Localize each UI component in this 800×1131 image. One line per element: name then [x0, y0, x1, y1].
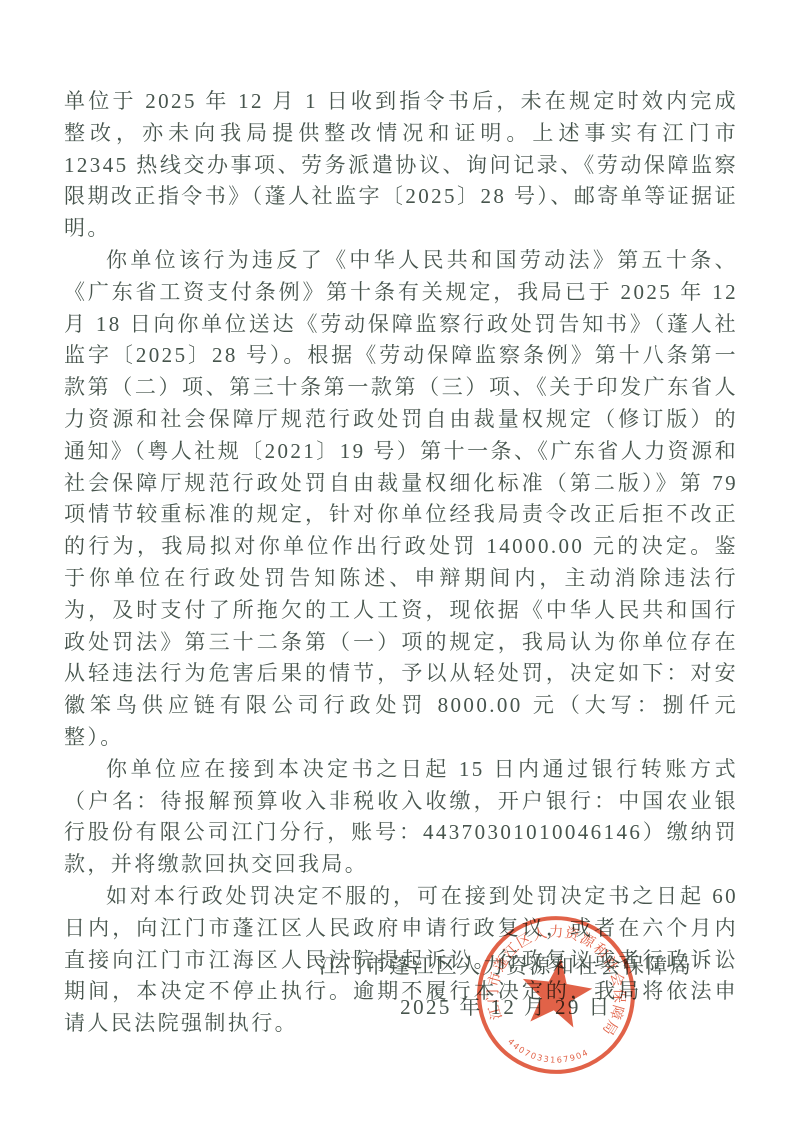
paragraph-legal-basis-decision: 你单位该行为违反了《中华人民共和国劳动法》第五十条、《广东省工资支付条例》第十条… [64, 245, 738, 754]
scanned-document-page: 单位于 2025 年 12 月 1 日收到指令书后，未在规定时效内完成整改，亦未… [0, 0, 800, 1131]
seal-code-number: 4407033167904 [504, 1036, 592, 1070]
seal-star-icon [517, 954, 596, 1030]
paragraph-facts: 单位于 2025 年 12 月 1 日收到指令书后，未在规定时效内完成整改，亦未… [64, 86, 738, 245]
official-seal: 江门市蓬江区人力资源和社会保障局 4407033167904 [474, 913, 638, 1077]
seal-group: 江门市蓬江区人力资源和社会保障局 4407033167904 [474, 913, 638, 1077]
svg-text:4407033167904: 4407033167904 [504, 1036, 592, 1070]
document-body: 单位于 2025 年 12 月 1 日收到指令书后，未在规定时效内完成整改，亦未… [64, 86, 738, 1040]
paragraph-payment-instructions: 你单位应在接到本决定书之日起 15 日内通过银行转账方式（户名：待报解预算收入非… [64, 754, 738, 881]
